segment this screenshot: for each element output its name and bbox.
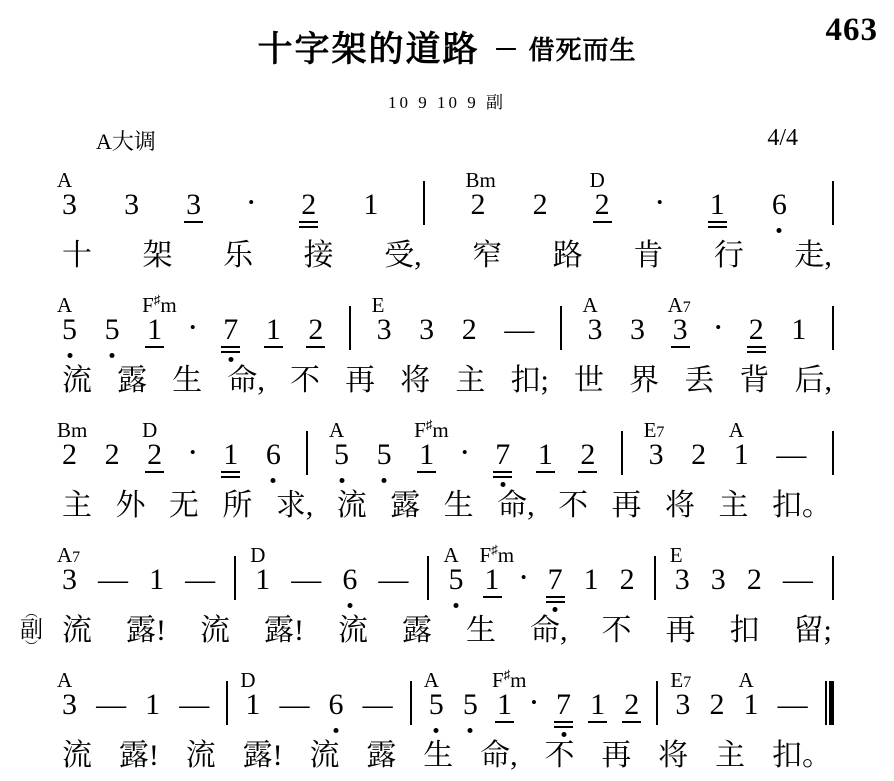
note-glyph: 6 [264, 440, 283, 474]
music-system: Bm22D2•16A55F♯m1•712E732A1—主外无所求,流露生命,不再… [60, 408, 834, 524]
lyric-syllable: 扣。 [772, 488, 832, 524]
note: 2 [578, 440, 597, 474]
note: 2 [689, 440, 708, 474]
music-systems: A333•21Bm22D2•16十架乐接受,窄路肯行走,A55F♯m1•712E… [60, 158, 834, 774]
note-glyph: 5 [375, 440, 394, 474]
note-glyph: 3 [673, 565, 692, 599]
note-glyph: 2 [689, 440, 708, 474]
lyric-syllable: 所 [222, 488, 252, 524]
note-glyph: 1 [253, 565, 272, 599]
note: — [289, 565, 323, 599]
low-octave-dot [500, 482, 505, 487]
note-glyph: 3 [60, 690, 79, 724]
augmentation-dot: • [655, 194, 665, 224]
note: A1 [742, 690, 761, 724]
note: — [781, 565, 815, 599]
lyric-syllable: 露 [366, 738, 396, 774]
note-glyph: — [183, 565, 217, 599]
note: 1 [789, 315, 808, 349]
lyric-row: ︵副︶流露!流露!流露生命,不再扣留; [62, 613, 832, 649]
low-octave-dot [382, 478, 387, 483]
lyric-syllable: 不 [290, 363, 320, 399]
note-glyph: 2 [469, 190, 488, 224]
augmentation-dot: • [246, 194, 256, 224]
note-glyph: • [246, 194, 256, 224]
note: 7 [546, 565, 565, 599]
note: A5 [332, 440, 351, 474]
note-glyph: — [502, 315, 536, 349]
note: 2 [745, 565, 764, 599]
note-glyph: 7 [546, 565, 565, 599]
note: — [183, 565, 217, 599]
lyric-syllable: 命, [497, 488, 535, 524]
note: 1 [708, 190, 727, 224]
note: 6 [264, 440, 283, 474]
lyric-syllable: 流 [186, 738, 216, 774]
note: 5 [103, 315, 122, 349]
augmentation-dot: • [460, 444, 470, 474]
note-glyph: 2 [299, 190, 318, 224]
note-glyph: • [460, 444, 470, 474]
note-row: Bm22D2•16A55F♯m1•712E732A1— [60, 408, 834, 474]
note-glyph: 2 [622, 690, 641, 724]
note-row: A3—1—D1—6—A55F♯m1•712E732A1— [60, 658, 834, 724]
note-glyph: 3 [585, 315, 604, 349]
note: D1 [253, 565, 272, 599]
note: Bm2 [469, 190, 488, 224]
low-octave-dot [453, 603, 458, 608]
barline [656, 681, 658, 725]
note: A73 [60, 565, 79, 599]
lyric-syllable: 将 [400, 363, 430, 399]
final-barline [825, 681, 834, 725]
lyric-syllable: 流 [62, 738, 92, 774]
note-glyph: 2 [145, 440, 164, 474]
note: 2 [299, 190, 318, 224]
lyric-row: 流露!流露!流露生命,不再将主扣。 [62, 738, 832, 774]
lyric-syllable: 界 [629, 363, 659, 399]
lyric-syllable: 不 [545, 738, 575, 774]
lyric-syllable: 将 [658, 738, 688, 774]
barline [654, 556, 656, 600]
lyric-syllable: 主 [455, 363, 485, 399]
note: 6 [340, 565, 359, 599]
note-glyph: 3 [671, 315, 690, 349]
note-glyph: 1 [789, 315, 808, 349]
lyric-syllable: 流 [338, 613, 368, 649]
note-glyph: 1 [361, 190, 380, 224]
lyric-syllable: 生 [423, 738, 453, 774]
note-glyph: 2 [460, 315, 479, 349]
low-octave-dot [271, 478, 276, 483]
barline [832, 556, 834, 600]
note: — [776, 690, 810, 724]
note-glyph: 3 [60, 190, 79, 224]
low-octave-dot [347, 603, 352, 608]
barline [832, 431, 834, 475]
lyric-syllable: 露! [243, 738, 283, 774]
note: 1 [143, 690, 162, 724]
note: — [277, 690, 311, 724]
low-octave-dot [561, 732, 566, 737]
note-glyph: — [376, 565, 410, 599]
note-glyph: — [774, 440, 808, 474]
augmentation-dot: • [713, 319, 723, 349]
lyric-syllable: 流 [200, 613, 230, 649]
augmentation-dot: • [519, 569, 529, 599]
note-glyph: — [96, 565, 130, 599]
note-glyph: — [781, 565, 815, 599]
note: D2 [593, 190, 612, 224]
note: F♯m1 [483, 565, 502, 599]
note: 6 [327, 690, 346, 724]
note-glyph: • [519, 569, 529, 599]
note: Bm2 [60, 440, 79, 474]
note: E73 [647, 440, 666, 474]
lyric-syllable: 十 [62, 238, 92, 274]
note-glyph: • [655, 194, 665, 224]
note: F♯m1 [417, 440, 436, 474]
note: — [361, 690, 395, 724]
lyric-syllable: 世 [574, 363, 604, 399]
note-glyph: 1 [243, 690, 262, 724]
note-row: A55F♯m1•712E332—A33A73•21 [60, 283, 834, 349]
lyric-syllable: 不 [558, 488, 588, 524]
title-separator: － [493, 36, 518, 64]
key-time-row: A大调 4/4 [96, 125, 798, 156]
hymn-number: 463 [826, 12, 879, 49]
note-glyph: 5 [60, 315, 79, 349]
title-main: 十字架的道路 [257, 30, 479, 69]
note: 2 [622, 690, 641, 724]
note-glyph: 1 [582, 565, 601, 599]
lyric-syllable: 外 [115, 488, 145, 524]
lyric-syllable: 再 [345, 363, 375, 399]
note-glyph: 3 [709, 565, 728, 599]
barline [832, 181, 834, 225]
note: 2 [618, 565, 637, 599]
lyric-syllable: 后, [794, 363, 832, 399]
lyric-syllable: 露! [264, 613, 304, 649]
barline [349, 306, 351, 350]
note-glyph: 6 [327, 690, 346, 724]
lyric-syllable: 再 [612, 488, 642, 524]
note: A3 [60, 190, 79, 224]
note-glyph: 1 [483, 565, 502, 599]
note-glyph: 2 [593, 190, 612, 224]
note-glyph: — [361, 690, 395, 724]
note: D2 [145, 440, 164, 474]
note-glyph: 6 [770, 190, 789, 224]
barline [410, 681, 412, 725]
lyric-syllable: 流 [62, 613, 92, 649]
note: 3 [709, 565, 728, 599]
note: 1 [582, 565, 601, 599]
lyric-syllable: 窄 [472, 238, 502, 274]
note: 6 [770, 190, 789, 224]
lyric-syllable: 受, [384, 238, 422, 274]
note: 1 [221, 440, 240, 474]
note: — [94, 690, 128, 724]
low-octave-dot [67, 353, 72, 358]
key-signature: A大调 [96, 125, 156, 156]
augmentation-dot: • [188, 319, 198, 349]
lyric-syllable: 露 [117, 363, 147, 399]
lyric-syllable: 不 [602, 613, 632, 649]
note-glyph: — [277, 690, 311, 724]
note-glyph: 2 [745, 565, 764, 599]
note-glyph: 1 [147, 565, 166, 599]
note-glyph: 2 [103, 440, 122, 474]
note: F♯m1 [495, 690, 514, 724]
lyric-syllable: 接 [304, 238, 334, 274]
lyric-syllable: 再 [601, 738, 631, 774]
lyric-syllable: 命, [227, 363, 265, 399]
note-glyph: — [177, 690, 211, 724]
note: 7 [221, 315, 240, 349]
note-row: A73—1—D1—6—A5F♯m1•712E332— [60, 533, 834, 599]
note: 5 [375, 440, 394, 474]
note: A5 [60, 315, 79, 349]
lyric-syllable: 露 [390, 488, 420, 524]
note-glyph: — [776, 690, 810, 724]
lyric-syllable: 流 [310, 738, 340, 774]
note-glyph: 1 [536, 440, 555, 474]
note-glyph: 2 [747, 315, 766, 349]
lyric-syllable: 路 [553, 238, 583, 274]
note: 7 [554, 690, 573, 724]
low-octave-dot [777, 228, 782, 233]
note-glyph: 1 [143, 690, 162, 724]
hymn-sheet: 463 十字架的道路 － 借死而生 10 9 10 9 副 A大调 4/4 A3… [0, 0, 894, 781]
barline [832, 306, 834, 350]
note: A5 [446, 565, 465, 599]
augmentation-dot: • [188, 444, 198, 474]
note: 3 [628, 315, 647, 349]
lyric-syllable: 将 [665, 488, 695, 524]
note: 5 [461, 690, 480, 724]
note-glyph: 3 [673, 690, 692, 724]
lyric-syllable: 无 [169, 488, 199, 524]
note: E3 [673, 565, 692, 599]
note-glyph: 3 [628, 315, 647, 349]
lyric-syllable: 露! [119, 738, 159, 774]
note-glyph: 2 [60, 440, 79, 474]
lyric-syllable: 求, [276, 488, 314, 524]
note-glyph: 1 [417, 440, 436, 474]
note-glyph: — [289, 565, 323, 599]
lyric-syllable: 露 [402, 613, 432, 649]
note-glyph: 5 [446, 565, 465, 599]
lyric-row: 流露生命,不再将主扣;世界丢背后, [62, 363, 832, 399]
lyric-syllable: 命, [480, 738, 518, 774]
lyric-row: 主外无所求,流露生命,不再将主扣。 [62, 488, 832, 524]
note-glyph: 7 [221, 315, 240, 349]
note: 1 [264, 315, 283, 349]
note: A1 [732, 440, 751, 474]
note-glyph: 5 [332, 440, 351, 474]
refrain-bracket-open: ︵ [25, 608, 38, 617]
note: 1 [361, 190, 380, 224]
note: 2 [707, 690, 726, 724]
page-title: 十字架的道路 － 借死而生 [60, 22, 834, 72]
barline [621, 431, 623, 475]
lyric-syllable: 留; [794, 613, 832, 649]
note: 2 [306, 315, 325, 349]
lyric-syllable: 背 [739, 363, 769, 399]
note-glyph: • [188, 444, 198, 474]
note-glyph: 6 [340, 565, 359, 599]
low-octave-dot [339, 478, 344, 483]
note: 2 [531, 190, 550, 224]
low-octave-dot [434, 728, 439, 733]
note-glyph: 2 [707, 690, 726, 724]
music-system: A73—1—D1—6—A5F♯m1•712E332—︵副︶流露!流露!流露生命,… [60, 533, 834, 649]
note: 1 [588, 690, 607, 724]
note: 3 [122, 190, 141, 224]
note: A3 [60, 690, 79, 724]
lyric-syllable: 扣; [511, 363, 549, 399]
note-glyph: — [94, 690, 128, 724]
lyric-syllable: 主 [62, 488, 92, 524]
note: E3 [375, 315, 394, 349]
note: A3 [585, 315, 604, 349]
low-octave-dot [110, 353, 115, 358]
low-octave-dot [228, 357, 233, 362]
lyric-syllable: 乐 [223, 238, 253, 274]
music-system: A333•21Bm22D2•16十架乐接受,窄路肯行走, [60, 158, 834, 274]
note: 3 [417, 315, 436, 349]
refrain-bracket-close: ︶ [25, 642, 38, 651]
barline [423, 181, 425, 225]
augmentation-dot: • [529, 694, 539, 724]
note-glyph: • [713, 319, 723, 349]
lyric-syllable: 走, [794, 238, 832, 274]
note: 2 [747, 315, 766, 349]
note: 1 [536, 440, 555, 474]
note: — [376, 565, 410, 599]
note: — [177, 690, 211, 724]
lyric-syllable: 生 [444, 488, 474, 524]
lyric-syllable: 架 [143, 238, 173, 274]
lyric-syllable: 扣 [730, 613, 760, 649]
barline [560, 306, 562, 350]
note-glyph: 3 [184, 190, 203, 224]
low-octave-dot [553, 607, 558, 612]
note: 1 [147, 565, 166, 599]
note: — [774, 440, 808, 474]
note-glyph: 3 [647, 440, 666, 474]
note: E73 [673, 690, 692, 724]
music-system: A55F♯m1•712E332—A33A73•21流露生命,不再将主扣;世界丢背… [60, 283, 834, 399]
lyric-syllable: 生 [172, 363, 202, 399]
note: 2 [103, 440, 122, 474]
note-glyph: 1 [588, 690, 607, 724]
note-glyph: 5 [103, 315, 122, 349]
lyric-syllable: 肯 [633, 238, 663, 274]
note-glyph: • [188, 319, 198, 349]
note-glyph: 1 [708, 190, 727, 224]
note: 7 [493, 440, 512, 474]
lyric-syllable: 主 [718, 488, 748, 524]
note: F♯m1 [145, 315, 164, 349]
note: D1 [243, 690, 262, 724]
lyric-syllable: 命, [530, 613, 568, 649]
note-glyph: 1 [264, 315, 283, 349]
note-glyph: 2 [306, 315, 325, 349]
lyric-syllable: 丢 [684, 363, 714, 399]
barline [226, 681, 228, 725]
time-signature: 4/4 [767, 125, 798, 156]
note-glyph: 5 [427, 690, 446, 724]
lyric-syllable: 露! [126, 613, 166, 649]
note-row: A333•21Bm22D2•16 [60, 158, 834, 224]
note-glyph: 7 [554, 690, 573, 724]
lyric-syllable: 流 [62, 363, 92, 399]
note-glyph: 3 [122, 190, 141, 224]
note: A5 [427, 690, 446, 724]
note-glyph: 3 [375, 315, 394, 349]
note: — [96, 565, 130, 599]
note: A73 [671, 315, 690, 349]
refrain-marker: ︵副︶ [20, 608, 43, 651]
lyric-syllable: 扣。 [772, 738, 832, 774]
note-glyph: 2 [531, 190, 550, 224]
lyric-syllable: 生 [466, 613, 496, 649]
title-subtitle: 借死而生 [529, 35, 637, 65]
note-glyph: 1 [221, 440, 240, 474]
note-glyph: 1 [145, 315, 164, 349]
lyric-syllable: 再 [666, 613, 696, 649]
lyric-syllable: 流 [337, 488, 367, 524]
note-glyph: • [529, 694, 539, 724]
barline [306, 431, 308, 475]
meter-pattern: 10 9 10 9 副 [60, 88, 834, 113]
note-glyph: 5 [461, 690, 480, 724]
note-glyph: 7 [493, 440, 512, 474]
music-system: A3—1—D1—6—A55F♯m1•712E732A1—流露!流露!流露生命,不… [60, 658, 834, 774]
note: 2 [460, 315, 479, 349]
note: — [502, 315, 536, 349]
note-glyph: 2 [578, 440, 597, 474]
note-glyph: 3 [417, 315, 436, 349]
barline [234, 556, 236, 600]
barline [427, 556, 429, 600]
lyric-syllable: 主 [715, 738, 745, 774]
lyric-syllable: 行 [714, 238, 744, 274]
low-octave-dot [334, 728, 339, 733]
note: 3 [184, 190, 203, 224]
note-glyph: 1 [732, 440, 751, 474]
note-glyph: 1 [742, 690, 761, 724]
note-glyph: 1 [495, 690, 514, 724]
low-octave-dot [468, 728, 473, 733]
note-glyph: 2 [618, 565, 637, 599]
lyric-row: 十架乐接受,窄路肯行走, [62, 238, 832, 274]
note-glyph: 3 [60, 565, 79, 599]
